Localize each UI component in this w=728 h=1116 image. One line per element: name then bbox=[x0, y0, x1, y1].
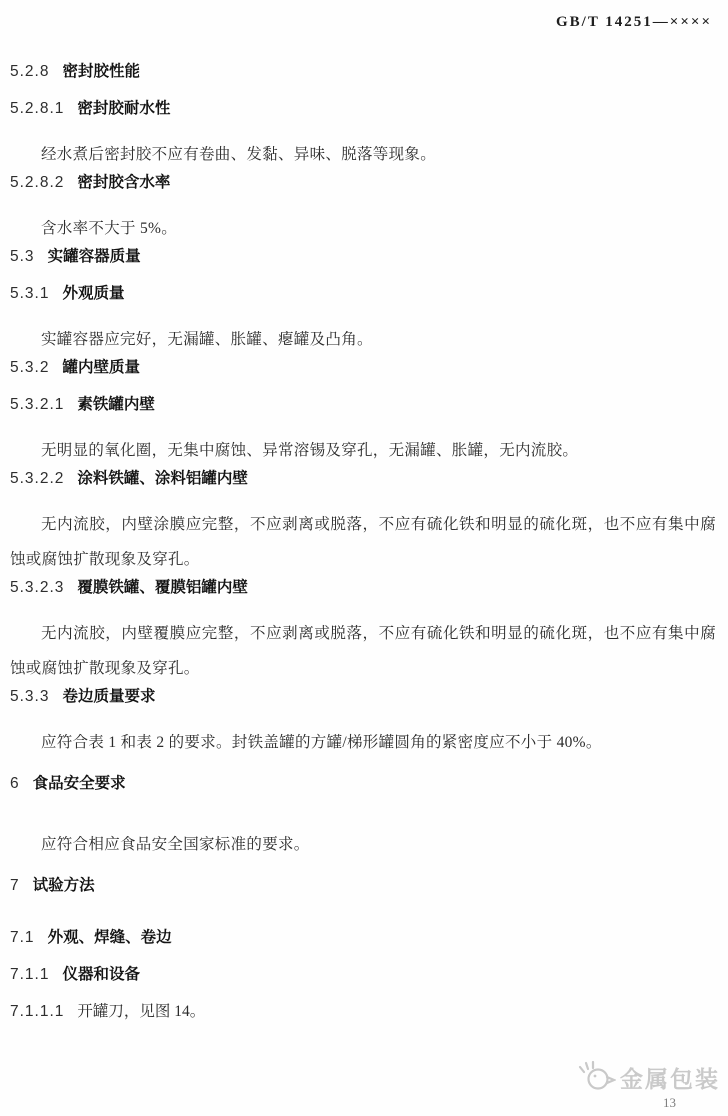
paragraph: 经水煮后密封胶不应有卷曲、发黏、异味、脱落等现象。 bbox=[10, 137, 716, 172]
section-number: 7.1.1 bbox=[10, 966, 49, 983]
section-number: 5.3.2 bbox=[10, 359, 49, 376]
chapter-number: 6 bbox=[10, 775, 20, 792]
section-number: 5.3.3 bbox=[10, 688, 49, 705]
section-title: 密封胶性能 bbox=[62, 63, 140, 80]
section-heading-5-3-1: 5.3.1外观质量 bbox=[10, 285, 716, 302]
paragraph: 无明显的氧化圈，无集中腐蚀、异常溶锡及穿孔，无漏罐、胀罐，无内流胶。 bbox=[10, 433, 716, 468]
section-title: 素铁罐内壁 bbox=[77, 396, 155, 413]
section-number: 5.3.2.2 bbox=[10, 470, 64, 487]
section-heading-5-2-8-2: 5.2.8.2密封胶含水率 bbox=[10, 174, 716, 191]
chapter-heading-6: 6食品安全要求 bbox=[10, 775, 716, 792]
section-heading-5-2-8: 5.2.8密封胶性能 bbox=[10, 63, 716, 80]
section-title: 涂料铁罐、涂料铝罐内壁 bbox=[77, 470, 248, 487]
section-number: 5.2.8 bbox=[10, 63, 49, 80]
section-title: 卷边质量要求 bbox=[62, 688, 155, 705]
section-title: 仪器和设备 bbox=[62, 966, 140, 983]
section-heading-5-3-2: 5.3.2罐内壁质量 bbox=[10, 359, 716, 376]
paragraph: 含水率不大于 5%。 bbox=[10, 211, 716, 246]
bird-mascot-icon bbox=[574, 1057, 616, 1098]
clause-text: 开罐刀，见图 14。 bbox=[77, 1003, 205, 1020]
section-title: 罐内壁质量 bbox=[62, 359, 140, 376]
section-number: 5.3 bbox=[10, 248, 35, 265]
document-header-code: GB/T 14251—×××× bbox=[10, 14, 712, 30]
standard-document-page: GB/T 14251—×××× 5.2.8密封胶性能 5.2.8.1密封胶耐水性… bbox=[0, 0, 728, 1116]
chapter-title: 食品安全要求 bbox=[33, 775, 126, 792]
section-number: 5.2.8.2 bbox=[10, 174, 64, 191]
paragraph: 应符合相应食品安全国家标准的要求。 bbox=[10, 827, 716, 862]
paragraph: 无内流胶，内壁覆膜应完整，不应剥离或脱落，不应有硫化铁和明显的硫化斑，也不应有集… bbox=[10, 616, 716, 686]
section-title: 外观、焊缝、卷边 bbox=[48, 929, 172, 946]
watermark: 金属包装 bbox=[574, 1057, 720, 1098]
chapter-number: 7 bbox=[10, 877, 20, 894]
section-number: 5.3.2.3 bbox=[10, 579, 64, 596]
section-title: 密封胶耐水性 bbox=[77, 100, 170, 117]
section-heading-5-3-2-3: 5.3.2.3覆膜铁罐、覆膜铝罐内壁 bbox=[10, 579, 716, 596]
section-title: 外观质量 bbox=[62, 285, 124, 302]
section-heading-5-3-2-2: 5.3.2.2涂料铁罐、涂料铝罐内壁 bbox=[10, 470, 716, 487]
section-number: 5.3.1 bbox=[10, 285, 49, 302]
paragraph: 无内流胶，内壁涂膜应完整，不应剥离或脱落，不应有硫化铁和明显的硫化斑，也不应有集… bbox=[10, 507, 716, 577]
chapter-title: 试验方法 bbox=[33, 877, 95, 894]
page-number: 13 bbox=[663, 1095, 676, 1111]
paragraph: 实罐容器应完好，无漏罐、胀罐、瘪罐及凸角。 bbox=[10, 322, 716, 357]
section-heading-5-2-8-1: 5.2.8.1密封胶耐水性 bbox=[10, 100, 716, 117]
clause-7-1-1-1: 7.1.1.1开罐刀，见图 14。 bbox=[10, 1003, 716, 1020]
section-number: 5.3.2.1 bbox=[10, 396, 64, 413]
clause-number: 7.1.1.1 bbox=[10, 1003, 64, 1020]
section-heading-7-1: 7.1外观、焊缝、卷边 bbox=[10, 929, 716, 946]
section-heading-5-3: 5.3实罐容器质量 bbox=[10, 248, 716, 265]
section-title: 实罐容器质量 bbox=[48, 248, 141, 265]
section-number: 5.2.8.1 bbox=[10, 100, 64, 117]
section-title: 覆膜铁罐、覆膜铝罐内壁 bbox=[77, 579, 248, 596]
page-content: GB/T 14251—×××× 5.2.8密封胶性能 5.2.8.1密封胶耐水性… bbox=[0, 0, 728, 1020]
chapter-heading-7: 7试验方法 bbox=[10, 877, 716, 894]
paragraph: 应符合表 1 和表 2 的要求。封铁盖罐的方罐/梯形罐圆角的紧密度应不小于 40… bbox=[10, 725, 716, 760]
section-heading-7-1-1: 7.1.1仪器和设备 bbox=[10, 966, 716, 983]
section-heading-5-3-2-1: 5.3.2.1素铁罐内壁 bbox=[10, 396, 716, 413]
watermark-text: 金属包装 bbox=[620, 1061, 720, 1094]
section-heading-5-3-3: 5.3.3卷边质量要求 bbox=[10, 688, 716, 705]
section-title: 密封胶含水率 bbox=[77, 174, 170, 191]
section-number: 7.1 bbox=[10, 929, 35, 946]
